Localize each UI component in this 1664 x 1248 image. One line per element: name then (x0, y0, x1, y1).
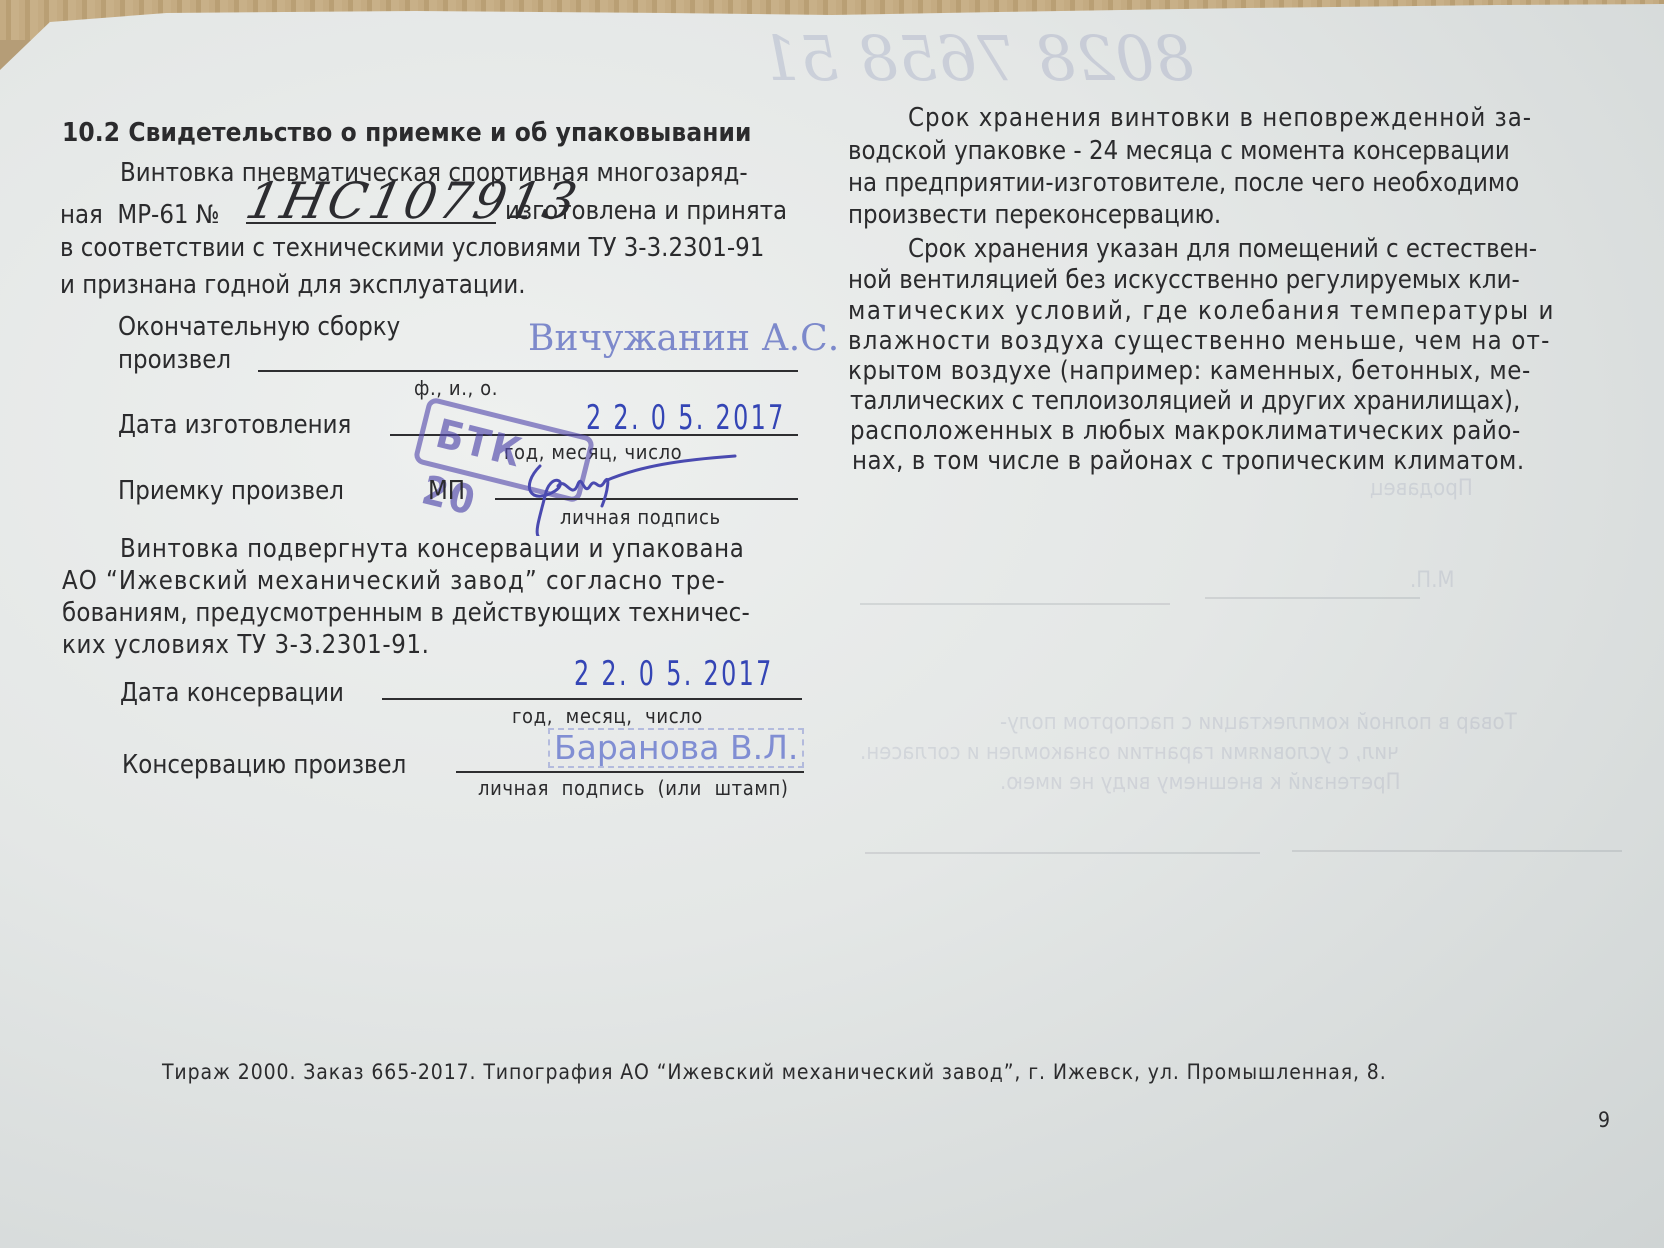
preserved-by-name-stamp: Баранова В.Л. (548, 728, 804, 768)
preservation-text-line-1: Винтовка подвергнута консервации и упако… (120, 534, 744, 564)
storage-p2-line-4: влажности воздуха существенно меньше, че… (848, 326, 1551, 356)
intro-line-2-prefix: ная МР-61 № (60, 200, 220, 230)
bleed-through-rule (860, 603, 1170, 605)
acceptance-label: Приемку произвел (118, 476, 344, 506)
storage-p2-line-5: крытом воздухе (например: каменных, бето… (848, 356, 1531, 386)
bleed-through-text: Продавец (1370, 476, 1473, 501)
preserved-by-label: Консервацию произвел (122, 750, 406, 780)
section-heading: 10.2 Свидетельство о приемке и об упаков… (62, 118, 751, 148)
storage-p1-line-4: произвести переконсервацию. (848, 200, 1221, 230)
storage-p2-line-3: матических условий, где колебания темпер… (848, 296, 1555, 326)
assembly-name-stamp: Вичужанин А.С. (528, 318, 839, 359)
assembly-label-line-2: произвел (118, 345, 231, 375)
bleed-through-text: Товар в полной комплектации с паспортом … (1000, 710, 1517, 735)
preservation-date-field-line (382, 698, 802, 700)
print-imprint-footer: Тираж 2000. Заказ 665-2017. Типография А… (162, 1060, 1387, 1084)
mp-label: МП (428, 476, 465, 506)
bleed-through-rule (865, 852, 1260, 854)
preservation-text-line-2: АО “Ижевский механический завод” согласн… (62, 566, 726, 596)
bleed-through-text: чил, с условиями гарантии ознакомлен и с… (860, 740, 1399, 765)
intro-line-3: в соответствии с техническими условиями … (60, 233, 764, 263)
preservation-date-caption: год, месяц, число (512, 704, 703, 728)
page-number: 9 (1598, 1108, 1610, 1132)
storage-p2-line-7: расположенных в любых макроклиматических… (850, 416, 1521, 446)
acceptance-caption: личная подпись (560, 505, 721, 529)
assembly-label-line-1: Окончательную сборку (118, 312, 400, 342)
storage-p1-line-1: Срок хранения винтовки в неповрежденной … (908, 103, 1532, 133)
assembly-field-line (258, 370, 798, 372)
storage-p2-line-6: таллических с теплоизоляцией и других хр… (850, 386, 1520, 416)
assembly-caption: ф., и., о. (414, 376, 498, 400)
preservation-date-label: Дата консервации (120, 678, 344, 708)
preservation-date-stamp: 2 2. 0 5. 2017 (574, 654, 774, 694)
storage-p1-line-3: на предприятии-изготовителе, после чего … (848, 168, 1519, 198)
bleed-through-rule (1292, 850, 1622, 852)
bleed-through-text: М.П. (1410, 568, 1455, 593)
preserved-by-caption: личная подпись (или штамп) (478, 776, 789, 800)
storage-p1-line-2: водской упаковке - 24 месяца с момента к… (848, 136, 1510, 166)
intro-line-2-suffix: изготовлена и принята (505, 196, 787, 226)
bleed-through-rule (1205, 597, 1420, 599)
storage-p2-line-8: нах, в том числе в районах с тропическим… (852, 446, 1525, 476)
manufacture-date-stamp: 2 2. 0 5. 2017 (586, 398, 786, 438)
storage-p2-line-1: Срок хранения указан для помещений с ест… (908, 234, 1537, 264)
storage-p2-line-2: ной вентиляцией без искусственно регулир… (848, 265, 1520, 295)
preservation-text-line-4: ких условиях ТУ 3-3.2301-91. (62, 630, 430, 660)
bleed-through-text: Претензий к внешнему виду не имею. (1000, 770, 1401, 795)
preservation-text-line-3: бованиям, предусмотренным в действующих … (62, 598, 750, 628)
preserved-by-field-line (456, 771, 804, 773)
intro-line-4: и признана годной для эксплуатации. (60, 270, 526, 300)
manufacture-date-label: Дата изготовления (118, 410, 351, 440)
bleed-through-handwriting: 8028 7658 51 (760, 22, 1194, 95)
